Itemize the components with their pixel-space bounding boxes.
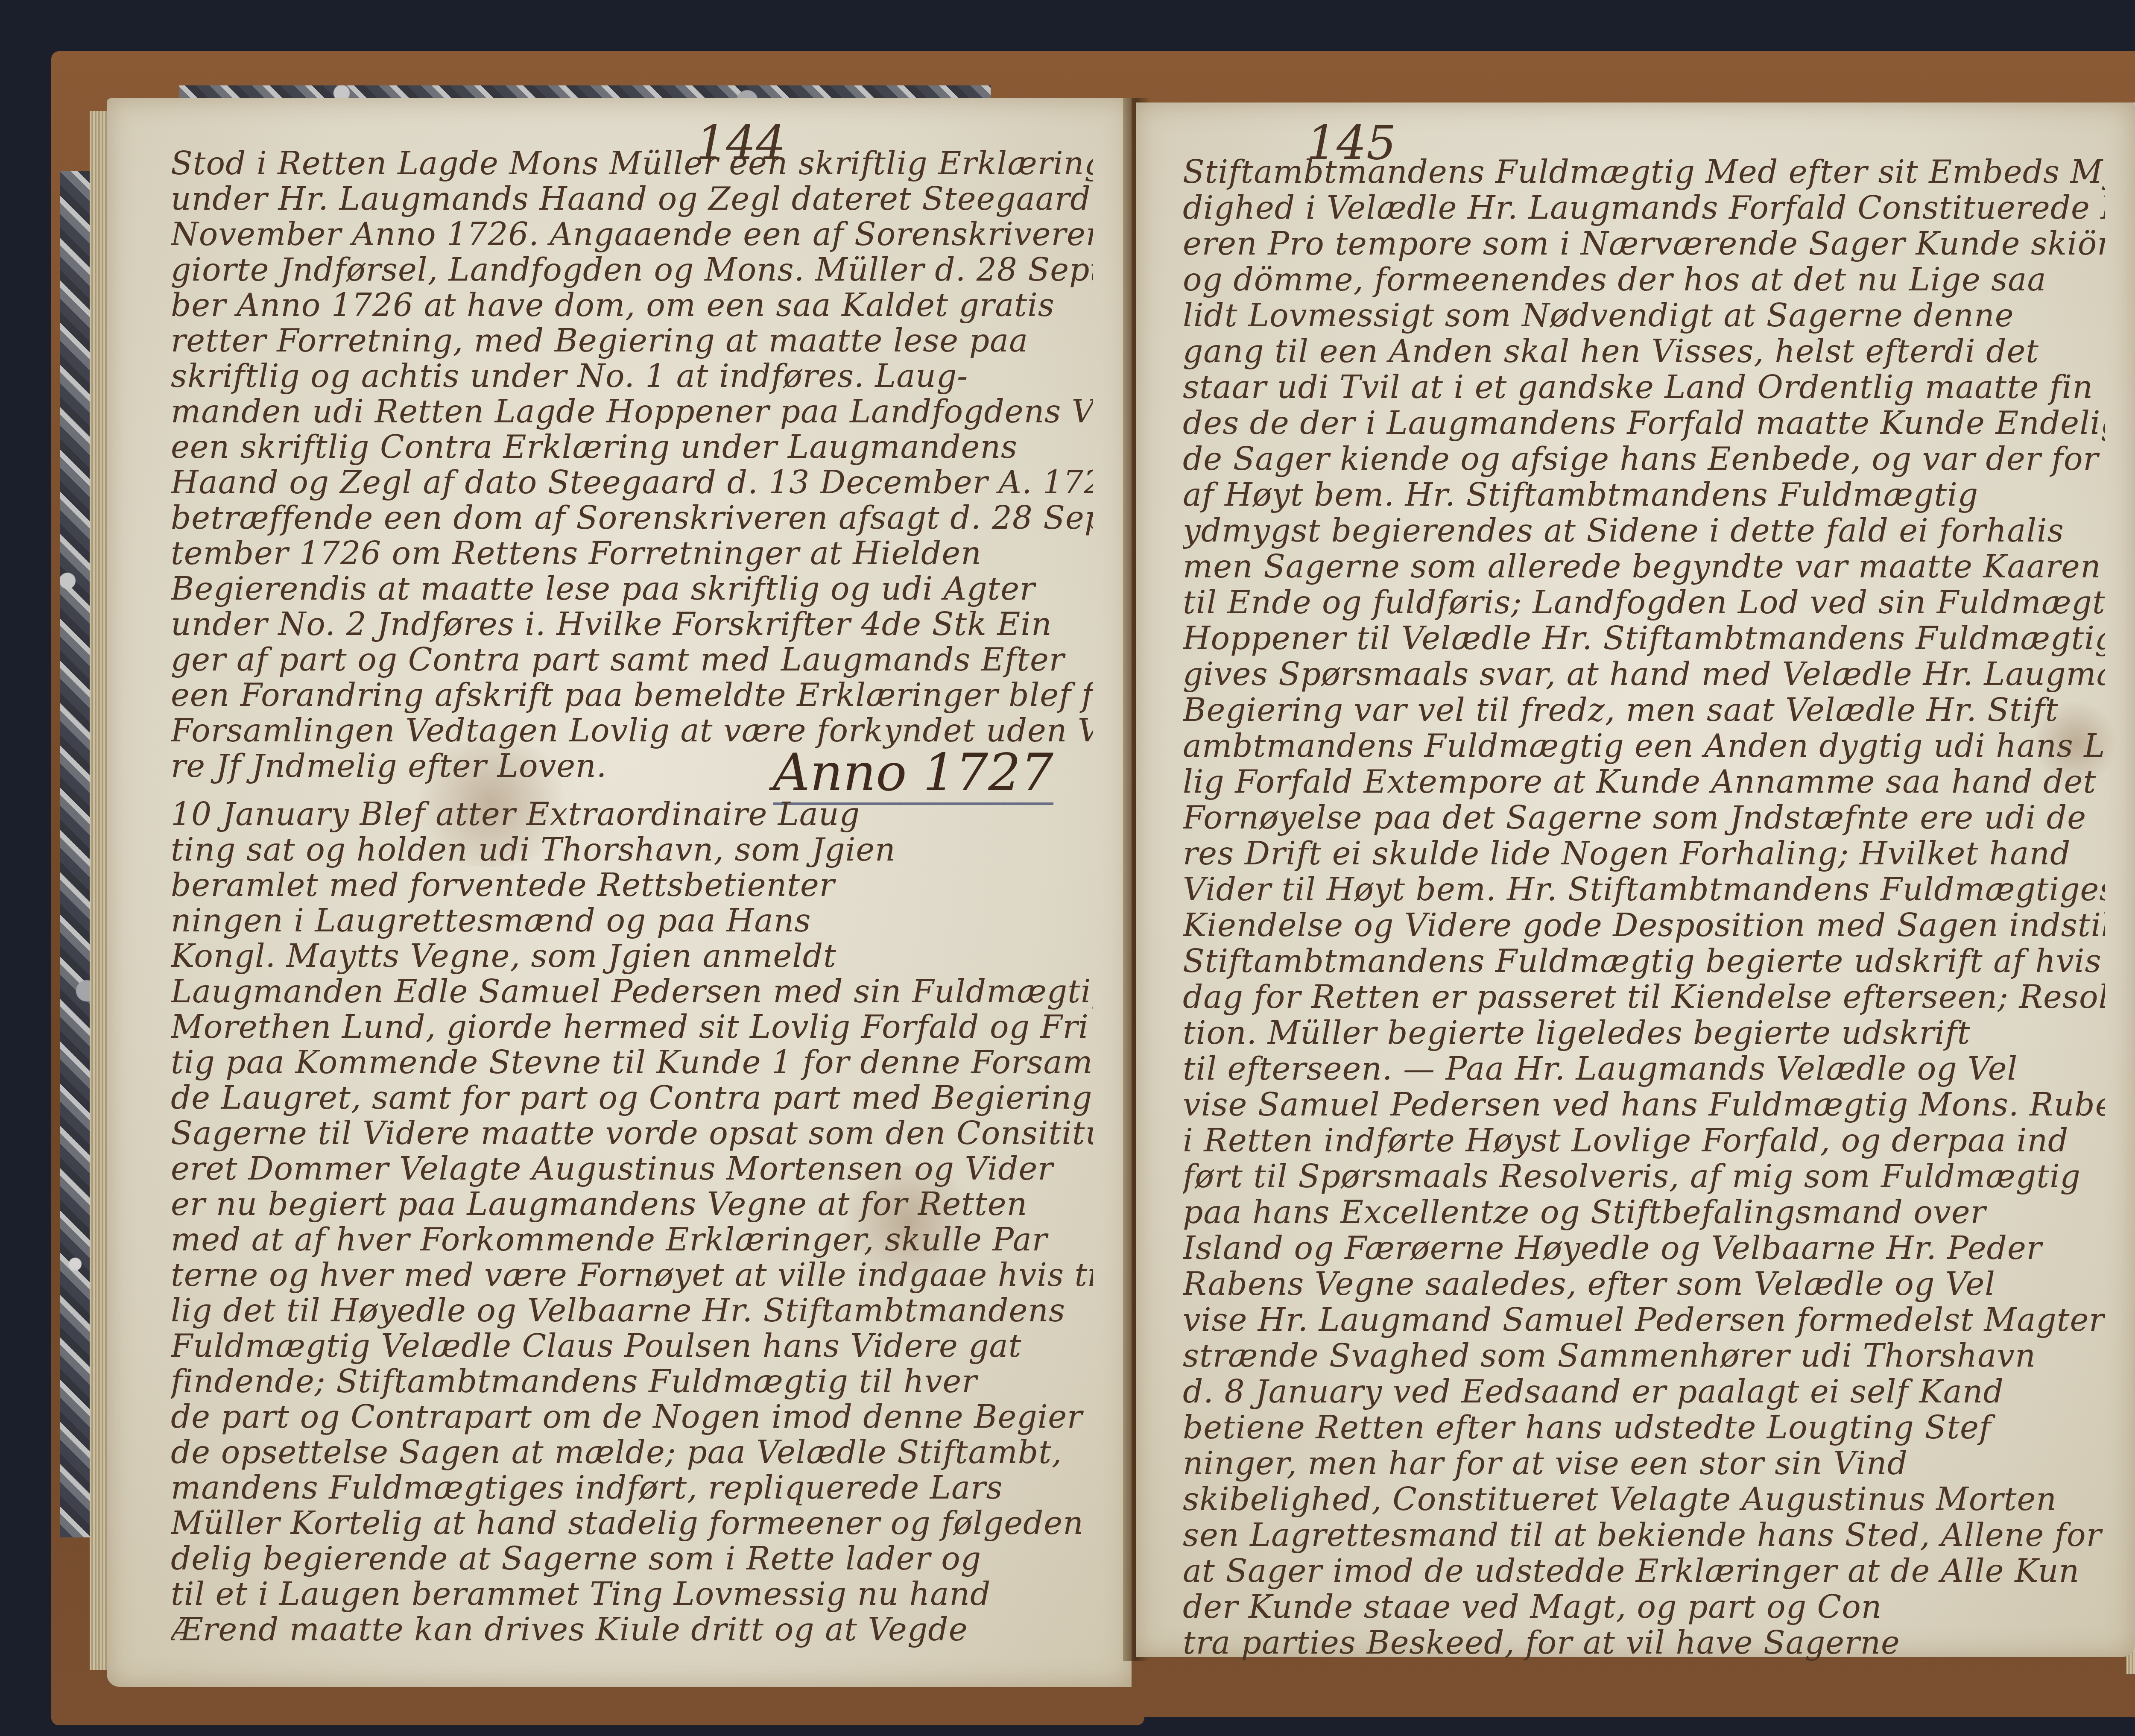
- manuscript-line: dag for Retten er passeret til Kiendelse…: [1183, 979, 2105, 1016]
- manuscript-line: lidt Lovmessigt som Nødvendigt at Sagern…: [1183, 297, 2105, 334]
- manuscript-line: lig det til Høyedle og Velbaarne Hr. Sti…: [171, 1292, 1093, 1329]
- manuscript-line: skibelighed, Constitueret Velagte August…: [1183, 1481, 2105, 1518]
- manuscript-line: een skriftlig Contra Erklæring under Lau…: [171, 429, 1093, 465]
- manuscript-line: skriftlig og achtis under No. 1 at indfø…: [171, 358, 1093, 395]
- manuscript-line: de part og Contrapart om de Nogen imod d…: [171, 1399, 1093, 1435]
- manuscript-line: tion. Müller begierte ligeledes begierte…: [1183, 1015, 2105, 1051]
- open-book: 144 Anno 1727 Stod i Retten Lagde Mons M…: [0, 0, 2135, 1736]
- manuscript-line: Stiftambtmandens Fuldmægtig begierte uds…: [1183, 943, 2105, 980]
- manuscript-line: betiene Retten efter hans udstedte Lougt…: [1183, 1409, 2105, 1446]
- manuscript-line: Müller Kortelig at hand stadelig formeen…: [171, 1505, 1093, 1542]
- manuscript-line: vise Hr. Laugmand Samuel Pedersen formed…: [1183, 1302, 2105, 1338]
- manuscript-line: paa hans Excellentze og Stiftbefalingsma…: [1183, 1194, 2105, 1231]
- manuscript-line: Island og Færøerne Høyedle og Velbaarne …: [1183, 1230, 2105, 1267]
- manuscript-line: lig Forfald Extempore at Kunde Annamme s…: [1183, 764, 2105, 800]
- right-page: 145 Stiftambtmandens Fuldmægtig Med efte…: [1136, 102, 2135, 1657]
- manuscript-line: manden udi Retten Lagde Hoppener paa Lan…: [171, 393, 1093, 430]
- manuscript-line: re Jf Jndmelig efter Loven.: [171, 748, 1093, 785]
- manuscript-line: til efterseen. — Paa Hr. Laugmands Velæd…: [1183, 1051, 2105, 1087]
- manuscript-line: ført til Spørsmaals Resolveris, af mig s…: [1183, 1158, 2105, 1195]
- manuscript-line: Fuldmægtig Velædle Claus Poulsen hans Vi…: [171, 1328, 1093, 1364]
- manuscript-line: gives Spørsmaals svar, at hand med Velæd…: [1183, 656, 2105, 693]
- manuscript-line: Begierendis at maatte lese paa skriftlig…: [171, 571, 1093, 607]
- manuscript-line: der Kunde staae ved Magt, og part og Con: [1183, 1589, 2105, 1625]
- manuscript-line: Kongl. Maytts Vegne, som Jgien anmeldt: [171, 938, 1093, 975]
- manuscript-line: Morethen Lund, giorde hermed sit Lovlig …: [171, 1009, 1093, 1045]
- manuscript-line: vise Samuel Pedersen ved hans Fuldmægtig…: [1183, 1086, 2105, 1123]
- manuscript-line: ting sat og holden udi Thorshavn, som Jg…: [171, 831, 1093, 868]
- manuscript-line: terne og hver med være Fornøyet at ville…: [171, 1257, 1093, 1294]
- manuscript-line: de Laugret, samt for part og Contra part…: [171, 1080, 1093, 1116]
- manuscript-line: Forsamlingen Vedtagen Lovlig at være for…: [171, 712, 1093, 749]
- manuscript-line: Ærend maatte kan drives Kiule dritt og a…: [171, 1611, 1093, 1648]
- manuscript-line: under No. 2 Jndføres i. Hvilke Forskrift…: [171, 606, 1093, 643]
- manuscript-line: ninger, men har for at vise een stor sin…: [1183, 1445, 2105, 1482]
- manuscript-line: under Hr. Laugmands Haand og Zegl datere…: [171, 181, 1093, 217]
- manuscript-line: strænde Svaghed som Sammenhører udi Thor…: [1183, 1338, 2105, 1374]
- manuscript-line: een Forandring afskrift paa bemeldte Erk…: [171, 677, 1093, 714]
- manuscript-line: Stiftambtmandens Fuldmægtig Med efter si…: [1183, 154, 2105, 190]
- manuscript-line: ger af part og Contra part samt med Laug…: [171, 641, 1093, 678]
- manuscript-line: men Sagerne som allerede begyndte var ma…: [1183, 548, 2105, 585]
- manuscript-line: betræffende een dom af Sorenskriveren af…: [171, 500, 1093, 536]
- manuscript-line: tember 1726 om Rettens Forretninger at H…: [171, 535, 1093, 572]
- manuscript-line: staar udi Tvil at i et gandske Land Orde…: [1183, 369, 2105, 406]
- manuscript-line: de opsettelse Sagen at mælde; paa Velædl…: [171, 1434, 1093, 1471]
- manuscript-line: til et i Laugen berammet Ting Lovmessig …: [171, 1576, 1093, 1613]
- manuscript-line: er nu begiert paa Laugmandens Vegne at f…: [171, 1186, 1093, 1223]
- manuscript-line: med at af hver Forkommende Erklæringer, …: [171, 1221, 1093, 1258]
- manuscript-line: ningen i Laugrettesmænd og paa Hans: [171, 902, 1093, 939]
- manuscript-line: gang til een Anden skal hen Visses, hels…: [1183, 333, 2105, 370]
- manuscript-line: res Drift ei skulde lide Nogen Forhaling…: [1183, 835, 2105, 872]
- manuscript-line: Stod i Retten Lagde Mons Müller een skri…: [171, 145, 1093, 182]
- manuscript-line: dighed i Velædle Hr. Laugmands Forfald C…: [1183, 190, 2105, 226]
- left-page: 144 Anno 1727 Stod i Retten Lagde Mons M…: [107, 98, 1132, 1687]
- manuscript-line: tig paa Kommende Stevne til Kunde 1 for …: [171, 1044, 1093, 1081]
- manuscript-line: ber Anno 1726 at have dom, om een saa Ka…: [171, 287, 1093, 324]
- manuscript-line: i Retten indførte Høyst Lovlige Forfald,…: [1183, 1122, 2105, 1159]
- manuscript-line: Fornøyelse paa det Sagerne som Jndstæfnt…: [1183, 799, 2105, 836]
- manuscript-line: Rabens Vegne saaledes, efter som Velædle…: [1183, 1266, 2105, 1303]
- manuscript-line: des de der i Laugmandens Forfald maatte …: [1183, 405, 2105, 442]
- manuscript-line: af Høyt bem. Hr. Stiftambtmandens Fuldmæ…: [1183, 477, 2105, 513]
- manuscript-line: Kiendelse og Videre gode Desposition med…: [1183, 907, 2105, 944]
- manuscript-line: Laugmanden Edle Samuel Pedersen med sin …: [171, 973, 1093, 1010]
- manuscript-line: sen Lagrettesmand til at bekiende hans S…: [1183, 1517, 2105, 1554]
- manuscript-line: at Sager imod de udstedde Erklæringer at…: [1183, 1553, 2105, 1590]
- manuscript-line: eret Dommer Velagte Augustinus Mortensen…: [171, 1151, 1093, 1187]
- manuscript-line: mandens Fuldmægtiges indført, repliquere…: [171, 1470, 1093, 1506]
- manuscript-line: eren Pro tempore som i Nærværende Sager …: [1183, 225, 2105, 262]
- manuscript-line: Sagerne til Videre maatte vorde opsat so…: [171, 1115, 1093, 1152]
- manuscript-line: tra parties Beskeed, for at vil have Sag…: [1183, 1625, 2105, 1661]
- manuscript-line: ydmygst begierendes at Sidene i dette fa…: [1183, 512, 2105, 549]
- manuscript-line: November Anno 1726. Angaaende een af Sor…: [171, 216, 1093, 253]
- manuscript-line: giorte Jndførsel, Landfogden og Mons. Mü…: [171, 252, 1093, 288]
- manuscript-line: Hoppener til Velædle Hr. Stiftambtmanden…: [1183, 620, 2105, 657]
- manuscript-line: d. 8 January ved Eedsaand er paalagt ei …: [1183, 1373, 2105, 1410]
- manuscript-line: og dömme, formeenendes der hos at det nu…: [1183, 261, 2105, 298]
- manuscript-line: Vider til Høyt bem. Hr. Stiftambtmandens…: [1183, 871, 2105, 908]
- manuscript-line: til Ende og fuldføris; Landfogden Lod ve…: [1183, 584, 2105, 621]
- manuscript-line: findende; Stiftambtmandens Fuldmægtig ti…: [171, 1363, 1093, 1400]
- manuscript-line: 10 January Blef atter Extraordinaire Lau…: [171, 796, 1093, 833]
- manuscript-line: Haand og Zegl af dato Steegaard d. 13 De…: [171, 464, 1093, 501]
- manuscript-line: Begiering var vel til fredz, men saat Ve…: [1183, 692, 2105, 729]
- manuscript-line: delig begierende at Sagerne som i Rette …: [171, 1540, 1093, 1577]
- manuscript-line: de Sager kiende og afsige hans Eenbede, …: [1183, 441, 2105, 477]
- manuscript-line: retter Forretning, med Begiering at maat…: [171, 322, 1093, 359]
- manuscript-line: ambtmandens Fuldmægtig een Anden dygtig …: [1183, 728, 2105, 764]
- manuscript-line: beramlet med forventede Rettsbetienter: [171, 867, 1093, 904]
